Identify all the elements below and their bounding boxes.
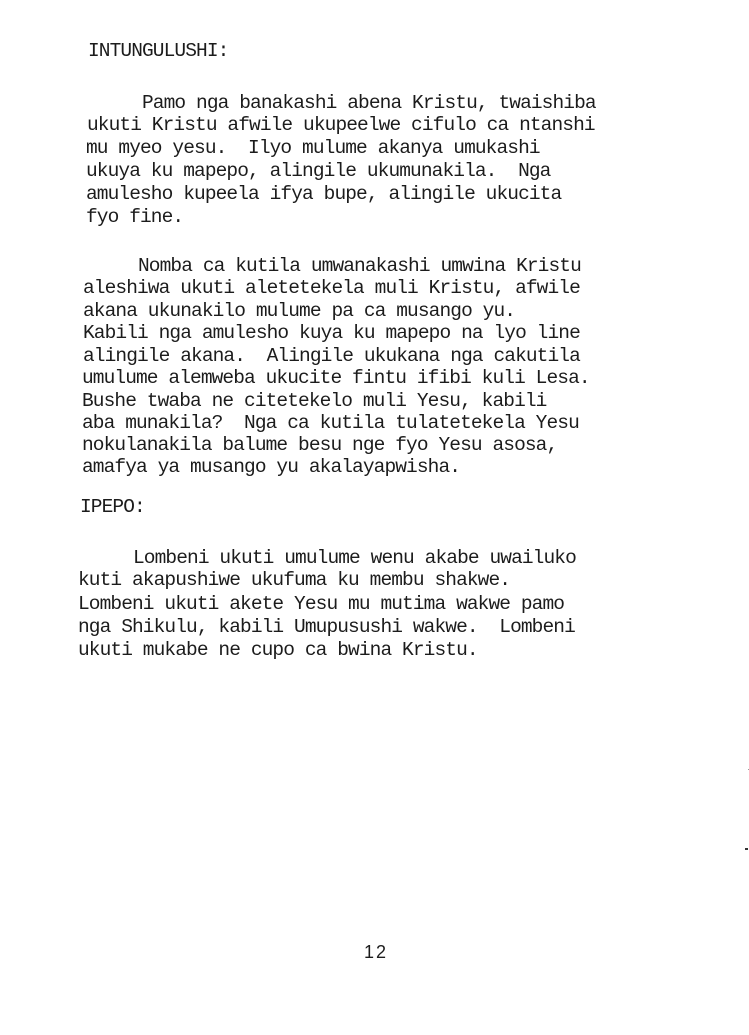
- text-line: nokulanakila balume besu nge fyo Yesu as…: [82, 434, 557, 456]
- text-line: mu myeo yesu. Ilyo mulume akanya umukash…: [86, 137, 540, 159]
- scan-speck: [745, 848, 748, 850]
- document-page: INTUNGULUSHI: Pamo nga banakashi abena K…: [0, 0, 749, 1035]
- text-line: Kabili nga amulesho kuya ku mapepo na ly…: [83, 322, 580, 344]
- text-line: Bushe twaba ne citetekelo muli Yesu, kab…: [82, 390, 546, 412]
- text-line: Lombeni ukuti umulume wenu akabe uwailuk…: [79, 547, 576, 569]
- text-line: ukuti Kristu afwile ukupeelwe cifulo ca …: [87, 114, 595, 136]
- text-line: nga Shikulu, kabili Umupusushi wakwe. Lo…: [78, 616, 575, 638]
- text-line: alingile akana. Alingile ukukana nga cak…: [83, 345, 580, 367]
- text-line: kuti akapushiwe ukufuma ku membu shakwe.: [78, 569, 510, 591]
- text-line: aba munakila? Nga ca kutila tulatetekela…: [82, 412, 579, 434]
- section-heading-ipepo: IPEPO:: [80, 496, 145, 518]
- text-line: ukuya ku mapepo, alingile ukumunakila. N…: [86, 160, 550, 182]
- text-line: akana ukunakilo mulume pa ca musango yu.: [83, 300, 515, 322]
- page-number: 12: [364, 942, 388, 963]
- text-line: Lombeni ukuti akete Yesu mu mutima wakwe…: [78, 593, 564, 615]
- text-line: amulesho kupeela ifya bupe, alingile uku…: [86, 183, 561, 205]
- text-line: umulume alemweba ukucite fintu ifibi kul…: [82, 367, 590, 389]
- text-line: fyo fine.: [86, 206, 183, 228]
- text-line: Pamo nga banakashi abena Kristu, twaishi…: [88, 92, 596, 114]
- text-line: amafya ya musango yu akalayapwisha.: [82, 456, 460, 478]
- text-line: ukuti mukabe ne cupo ca bwina Kristu.: [78, 639, 478, 661]
- text-line: aleshiwa ukuti aletetekela muli Kristu, …: [83, 277, 580, 299]
- section-heading-intungulushi: INTUNGULUSHI:: [88, 40, 228, 62]
- text-line: Nomba ca kutila umwanakashi umwina Krist…: [84, 255, 581, 277]
